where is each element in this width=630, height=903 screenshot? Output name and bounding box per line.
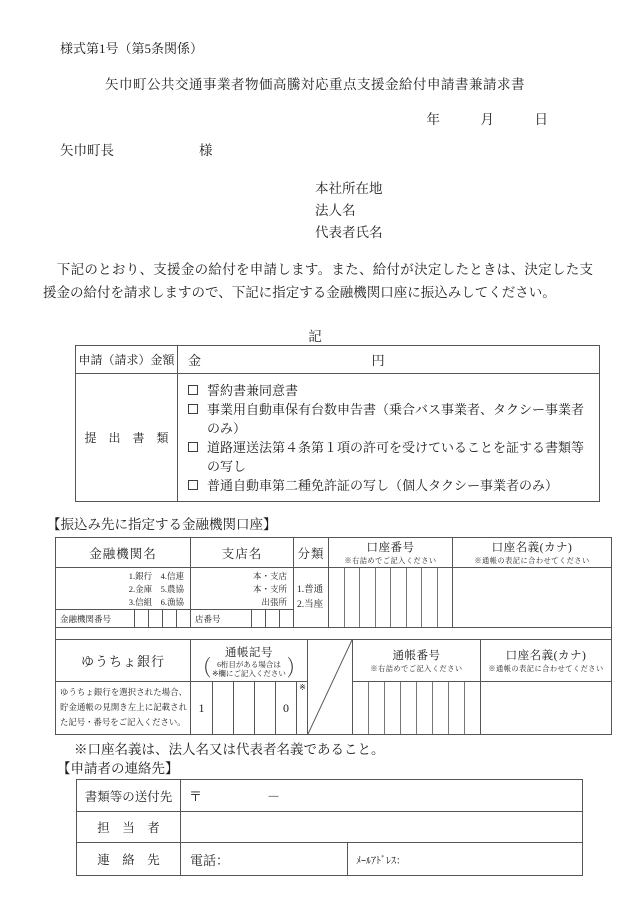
branch-code-boxes xyxy=(251,610,293,627)
account-name-title: 口座名義(カナ) xyxy=(492,539,573,555)
applicant-field-rep-name[interactable]: 代表者氏名 xyxy=(315,222,383,244)
checkbox-road-transport-permit[interactable] xyxy=(188,442,198,452)
documents-row: 提 出 書 類 誓約書兼同意書 事業用自動車保有台数申告書（乗合バス事業者、タク… xyxy=(76,374,599,501)
digit-box[interactable] xyxy=(432,682,448,734)
digit-box[interactable] xyxy=(134,610,148,627)
branch-option: 本・支所 xyxy=(191,583,287,596)
staff-label: 担 当 者 xyxy=(77,812,181,842)
checkbox-drivers-license[interactable] xyxy=(188,480,198,490)
branch-option: 出張所 xyxy=(191,596,287,609)
email-label: ﾒｰﾙｱﾄﾞﾚｽ： xyxy=(356,852,406,867)
document-item-label: 事業用自動車保有台数申告書（乗合バス事業者、タクシー事業者のみ） xyxy=(207,400,591,438)
institution-option: 2.金庫 5.農協 xyxy=(56,583,184,596)
amount-unit: 円 xyxy=(372,350,385,369)
digit-box[interactable] xyxy=(359,568,375,627)
date-fields[interactable]: 年 月 日 xyxy=(427,108,549,128)
digit-box[interactable] xyxy=(148,610,162,627)
bank-account-table: 金融機関名 1.銀行 4.信連 2.金庫 5.農協 3.信組 6.漁協 金融機関… xyxy=(55,537,612,735)
passbook-number-boxes xyxy=(353,682,480,734)
digit-box[interactable] xyxy=(212,682,233,734)
digit-box[interactable] xyxy=(233,682,254,734)
phone-field[interactable]: 電話： xyxy=(181,843,348,875)
amount-field[interactable]: 金 円 xyxy=(178,346,599,373)
yucho-account-name-header: 口座名義(カナ) ※通帳の表記に合わせてください xyxy=(481,640,611,682)
yucho-account-name-title: 口座名義(カナ) xyxy=(506,647,587,663)
branch-body: 本・支店 本・支所 出張所 店番号 xyxy=(191,568,293,627)
sixth-digit-cell[interactable]: ※ xyxy=(296,682,308,734)
document-item-label: 道路運送法第４条第１項の許可を受けていることを証する書類等の写し xyxy=(207,438,591,476)
mailing-address-label: 書類等の送付先 xyxy=(77,780,181,811)
account-number-boxes xyxy=(329,568,452,627)
category-option: 2.当座 xyxy=(297,598,328,613)
passbook-symbol-note: （ 6桁目がある場合は ※欄にご記入ください ） xyxy=(194,660,304,678)
amount-prefix: 金 xyxy=(188,350,201,369)
passbook-number-title: 通帳番号 xyxy=(393,647,441,663)
account-name-note: ※通帳の表記に合わせてください xyxy=(474,556,589,566)
institution-option: 1.銀行 4.信連 xyxy=(56,570,184,583)
digit-box[interactable] xyxy=(265,610,279,627)
account-name-header: 口座名義(カナ) ※通帳の表記に合わせてください xyxy=(453,538,611,568)
digit-box[interactable] xyxy=(162,610,176,627)
bank-section-heading: 【振込み先に指定する金融機関口座】 xyxy=(47,513,277,533)
yucho-bank-name: ゆうちょ銀行 xyxy=(56,640,190,682)
yucho-account-name-note: ※通帳の表記に合わせてください xyxy=(488,664,603,674)
institution-title: 金融機関名 xyxy=(89,544,157,562)
branch-column: 支店名 本・支店 本・支所 出張所 店番号 xyxy=(191,538,294,627)
yucho-help-text: ゆうちょ銀行を選択された場合、貯金通帳の見開き左上に記載された記号・番号をご記入… xyxy=(56,682,190,734)
branch-code-label: 店番号 xyxy=(191,610,251,627)
institution-header: 金融機関名 xyxy=(56,538,190,568)
addressee-name: 矢巾町長 xyxy=(60,143,114,158)
contact-info-row: 連 絡 先 電話： ﾒｰﾙｱﾄﾞﾚｽ： xyxy=(77,843,582,875)
digit-box[interactable] xyxy=(251,610,265,627)
digit-box[interactable] xyxy=(375,568,391,627)
passbook-number-header: 通帳番号 ※右詰めでご記入ください xyxy=(353,640,480,682)
digit-box[interactable] xyxy=(254,682,275,734)
document-item-label: 誓約書兼同意書 xyxy=(207,381,298,400)
document-item: 誓約書兼同意書 xyxy=(186,381,591,400)
category-header: 分類 xyxy=(294,538,328,568)
mailing-address-field[interactable]: 〒 － xyxy=(181,780,582,811)
staff-field[interactable] xyxy=(181,812,582,842)
digit-box[interactable] xyxy=(329,568,344,627)
documents-list: 誓約書兼同意書 事業用自動車保有台数申告書（乗合バス事業者、タクシー事業者のみ）… xyxy=(178,374,599,501)
branch-header: 支店名 xyxy=(191,538,293,568)
passbook-symbol-boxes: 10 xyxy=(191,682,296,734)
digit-box[interactable]: 1 xyxy=(191,682,212,734)
digit-box[interactable] xyxy=(437,568,453,627)
document-item: 事業用自動車保有台数申告書（乗合バス事業者、タクシー事業者のみ） xyxy=(186,400,591,438)
symbol-note-line2: ※欄にご記入ください xyxy=(212,669,286,678)
account-number-header: 口座番号 ※右詰めでご記入ください xyxy=(329,538,452,568)
asterisk-mark: ※ xyxy=(299,683,306,692)
digit-box[interactable]: 0 xyxy=(275,682,296,734)
yucho-account-name-field[interactable] xyxy=(481,682,611,734)
staff-row: 担 当 者 xyxy=(77,812,582,843)
account-number-column: 口座番号 ※右詰めでご記入ください xyxy=(329,538,453,627)
institution-options[interactable]: 1.銀行 4.信連 2.金庫 5.農協 3.信組 6.漁協 xyxy=(56,568,190,609)
application-table: 申請（請求）金額 金 円 提 出 書 類 誓約書兼同意書 事業用自動車保有台数申… xyxy=(75,345,600,502)
document-item: 道路運送法第４条第１項の許可を受けていることを証する書類等の写し xyxy=(186,438,591,476)
digit-box[interactable] xyxy=(384,682,400,734)
applicant-field-corp-name[interactable]: 法人名 xyxy=(315,200,383,222)
addressee-honorific: 様 xyxy=(199,139,213,159)
page-title: 矢巾町公共交通事業者物価高騰対応重点支援金給付申請書兼請求書 xyxy=(0,73,630,93)
institution-code-boxes xyxy=(134,610,190,627)
category-options[interactable]: 1.普通 2.当座 xyxy=(294,568,328,627)
yucho-section: ゆうちょ銀行 ゆうちょ銀行を選択された場合、貯金通帳の見開き左上に記載された記号… xyxy=(56,640,611,734)
digit-box[interactable] xyxy=(416,682,432,734)
passbook-number-note: ※右詰めでご記入ください xyxy=(370,664,462,674)
institution-option: 3.信組 6.漁協 xyxy=(56,596,184,609)
passbook-symbol-body: 10 ※ xyxy=(191,682,307,734)
mailing-address-row: 書類等の送付先 〒 － xyxy=(77,780,582,812)
digit-box[interactable] xyxy=(353,682,368,734)
institution-body: 1.銀行 4.信連 2.金庫 5.農協 3.信組 6.漁協 金融機関番号 xyxy=(56,568,190,627)
digit-box[interactable] xyxy=(400,682,416,734)
account-number-note: ※右詰めでご記入ください xyxy=(344,556,436,566)
ki-label: 記 xyxy=(0,325,630,345)
amount-label: 申請（請求）金額 xyxy=(76,346,178,373)
document-item-label: 普通自動車第二種免許証の写し（個人タクシー事業者のみ） xyxy=(207,476,558,495)
diagonal-line-icon xyxy=(308,640,352,734)
digit-box[interactable] xyxy=(368,682,384,734)
passbook-number-column: 通帳番号 ※右詰めでご記入ください xyxy=(353,640,481,734)
digit-box[interactable] xyxy=(176,610,190,627)
account-name-column: 口座名義(カナ) ※通帳の表記に合わせてください xyxy=(453,538,611,627)
documents-label: 提 出 書 類 xyxy=(76,374,178,501)
addressee-line: 矢巾町長様 xyxy=(60,139,213,159)
form-number: 様式第1号（第5条関係） xyxy=(60,38,203,57)
category-option: 1.普通 xyxy=(297,583,328,598)
yucho-account-name-column: 口座名義(カナ) ※通帳の表記に合わせてください xyxy=(481,640,611,734)
branch-option: 本・支店 xyxy=(191,570,287,583)
checkbox-pledge[interactable] xyxy=(188,385,198,395)
document-item: 普通自動車第二種免許証の写し（個人タクシー事業者のみ） xyxy=(186,476,591,495)
digit-box[interactable] xyxy=(344,568,360,627)
diagonal-cell xyxy=(308,640,353,734)
form-page: 様式第1号（第5条関係） 矢巾町公共交通事業者物価高騰対応重点支援金給付申請書兼… xyxy=(0,0,630,903)
left-paren: （ xyxy=(194,657,211,679)
digit-box[interactable] xyxy=(279,610,293,627)
account-name-field[interactable] xyxy=(453,568,611,627)
yucho-bank-column: ゆうちょ銀行 ゆうちょ銀行を選択された場合、貯金通帳の見開き左上に記載された記号… xyxy=(56,640,191,734)
category-column: 分類 1.普通 2.当座 xyxy=(294,538,329,627)
digit-box[interactable] xyxy=(448,682,464,734)
passbook-symbol-title: 通帳記号 xyxy=(225,644,273,660)
phone-label: 電話： xyxy=(190,850,229,869)
contact-table: 書類等の送付先 〒 － 担 当 者 連 絡 先 電話： ﾒｰﾙｱﾄﾞﾚｽ： xyxy=(76,779,583,876)
table-spacer-row xyxy=(56,627,611,640)
account-number-title: 口座番号 xyxy=(367,539,415,555)
account-name-footnote: ※口座名義は、法人名又は代表者名義であること。 xyxy=(74,738,385,758)
institution-code-label: 金融機関番号 xyxy=(56,610,134,627)
bank-general-section: 金融機関名 1.銀行 4.信連 2.金庫 5.農協 3.信組 6.漁協 金融機関… xyxy=(56,538,611,627)
contact-section-heading: 【申請者の連絡先】 xyxy=(57,757,179,777)
passbook-symbol-column: 通帳記号 （ 6桁目がある場合は ※欄にご記入ください ） 10 ※ xyxy=(191,640,308,734)
category-title: 分類 xyxy=(297,544,324,562)
contact-info-label: 連 絡 先 xyxy=(77,843,181,875)
institution-column: 金融機関名 1.銀行 4.信連 2.金庫 5.農協 3.信組 6.漁協 金融機関… xyxy=(56,538,191,627)
right-paren: ） xyxy=(287,657,304,679)
passbook-symbol-header: 通帳記号 （ 6桁目がある場合は ※欄にご記入ください ） xyxy=(191,640,307,682)
digit-box[interactable] xyxy=(406,568,422,627)
symbol-note-line1: 6桁目がある場合は xyxy=(217,660,281,669)
branch-title: 支店名 xyxy=(222,544,263,562)
digit-box[interactable] xyxy=(421,568,437,627)
amount-row: 申請（請求）金額 金 円 xyxy=(76,346,599,374)
branch-options[interactable]: 本・支店 本・支所 出張所 xyxy=(191,568,293,609)
institution-code-row: 金融機関番号 xyxy=(56,609,190,627)
digit-box[interactable] xyxy=(390,568,406,627)
checkbox-vehicle-count[interactable] xyxy=(188,404,198,414)
digit-box[interactable] xyxy=(464,682,480,734)
branch-code-row: 店番号 xyxy=(191,609,293,627)
applicant-fields: 本社所在地 法人名 代表者氏名 xyxy=(315,178,383,244)
body-paragraph: 下記のとおり、支援金の給付を申請します。また、給付が決定したときは、決定した支援… xyxy=(43,259,593,304)
applicant-field-address[interactable]: 本社所在地 xyxy=(315,178,383,200)
email-field[interactable]: ﾒｰﾙｱﾄﾞﾚｽ： xyxy=(348,843,582,875)
